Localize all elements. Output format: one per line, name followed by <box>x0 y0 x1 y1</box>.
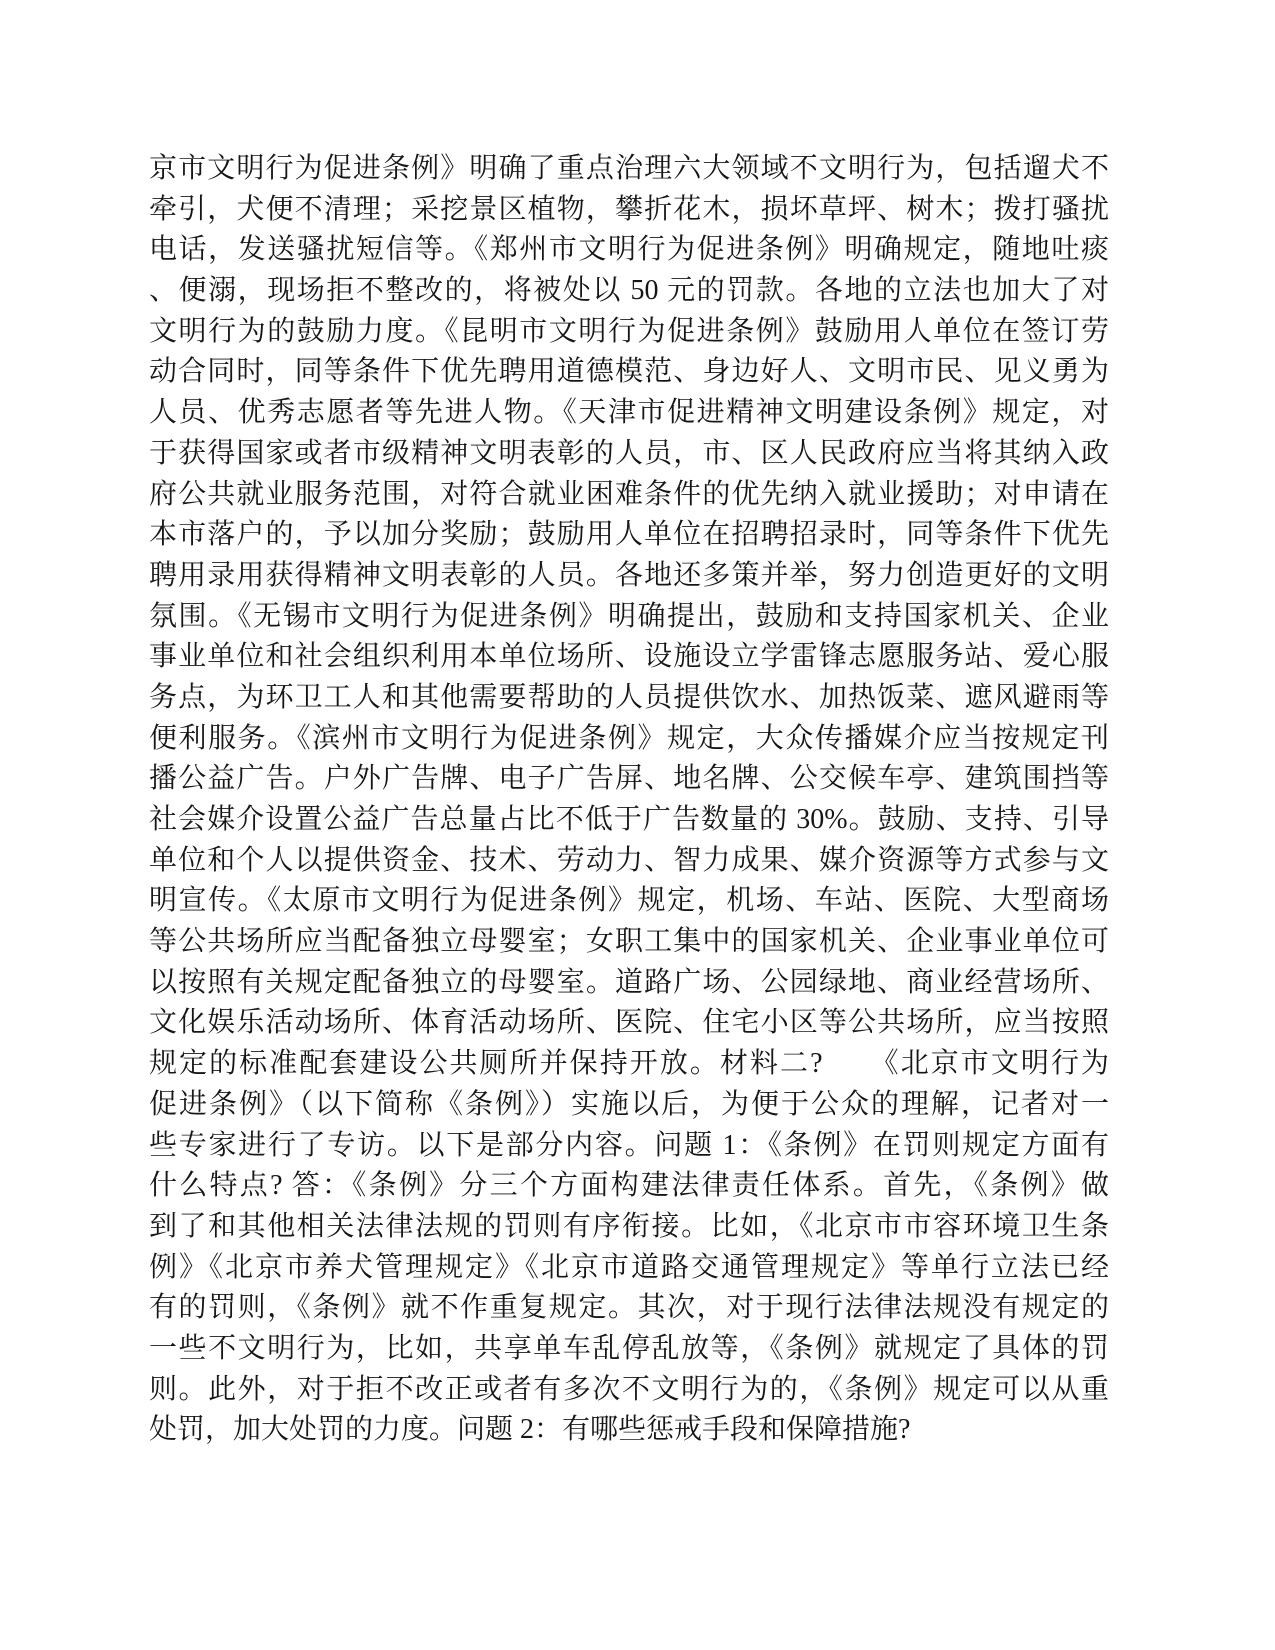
text-line: 牵引，犬便不清理；采挖景区植物，攀折花木，损坏草坪、树木；拨打骚扰 <box>149 190 1109 231</box>
text-line: 、便溺，现场拒不整改的，将被处以 50 元的罚款。各地的立法也加大了对 <box>149 271 1109 312</box>
text-line: 文化娱乐活动场所、体育活动场所、医院、住宅小区等公共场所，应当按照 <box>149 1003 1109 1044</box>
text-line: 等公共场所应当配备独立母婴室；女职工集中的国家机关、企业事业单位可 <box>149 922 1109 963</box>
text-line: 有的罚则，《条例》就不作重复规定。其次，对于现行法律法规没有规定的 <box>149 1288 1109 1329</box>
text-line: 明宣传。《太原市文明行为促进条例》规定，机场、车站、医院、大型商场 <box>149 881 1109 922</box>
text-line: 一些不文明行为，比如，共享单车乱停乱放等，《条例》就规定了具体的罚 <box>149 1329 1109 1370</box>
text-line: 些专家进行了专访。以下是部分内容。问题 1：《条例》在罚则规定方面有 <box>149 1126 1109 1167</box>
text-line: 什么特点? 答：《条例》分三个方面构建法律责任体系。首先，《条例》做 <box>149 1166 1109 1207</box>
text-line: 人员、优秀志愿者等先进人物。《天津市促进精神文明建设条例》规定，对 <box>149 393 1109 434</box>
text-line: 规定的标准配套建设公共厕所并保持开放。材料二? 《北京市文明行为 <box>149 1044 1109 1085</box>
text-line: 处罚，加大处罚的力度。问题 2：有哪些惩戒手段和保障措施? <box>149 1410 1109 1451</box>
text-line: 电话，发送骚扰短信等。《郑州市文明行为促进条例》明确规定，随地吐痰 <box>149 230 1109 271</box>
text-line: 则。此外，对于拒不改正或者有多次不文明行为的，《条例》规定可以从重 <box>149 1370 1109 1411</box>
text-line: 于获得国家或者市级精神文明表彰的人员，市、区人民政府应当将其纳入政 <box>149 434 1109 475</box>
text-line: 文明行为的鼓励力度。《昆明市文明行为促进条例》鼓励用人单位在签订劳 <box>149 312 1109 353</box>
text-line: 播公益广告。户外广告牌、电子广告屏、地名牌、公交候车亭、建筑围挡等 <box>149 759 1109 800</box>
text-line: 促进条例》（以下简称《条例》）实施以后，为便于公众的理解，记者对一 <box>149 1085 1109 1126</box>
text-line: 聘用录用获得精神文明表彰的人员。各地还多策并举，努力创造更好的文明 <box>149 556 1109 597</box>
text-line: 到了和其他相关法律法规的罚则有序衔接。比如，《北京市市容环境卫生条 <box>149 1207 1109 1248</box>
text-line: 单位和个人以提供资金、技术、劳动力、智力成果、媒介资源等方式参与文 <box>149 841 1109 882</box>
text-line: 京市文明行为促进条例》明确了重点治理六大领域不文明行为，包括遛犬不 <box>149 149 1109 190</box>
text-line: 事业单位和社会组织利用本单位场所、设施设立学雷锋志愿服务站、爱心服 <box>149 637 1109 678</box>
text-line: 务点，为环卫工人和其他需要帮助的人员提供饮水、加热饭菜、遮风避雨等 <box>149 678 1109 719</box>
text-line: 便利服务。《滨州市文明行为促进条例》规定，大众传播媒介应当按规定刊 <box>149 719 1109 760</box>
text-line: 本市落户的，予以加分奖励；鼓励用人单位在招聘招录时，同等条件下优先 <box>149 515 1109 556</box>
text-line: 例》《北京市养犬管理规定》《北京市道路交通管理规定》等单行立法已经 <box>149 1248 1109 1289</box>
document-page: 京市文明行为促进条例》明确了重点治理六大领域不文明行为，包括遛犬不牵引，犬便不清… <box>0 0 1275 1650</box>
paragraph-block: 京市文明行为促进条例》明确了重点治理六大领域不文明行为，包括遛犬不牵引，犬便不清… <box>149 149 1109 1451</box>
text-line: 社会媒介设置公益广告总量占比不低于广告数量的 30%。鼓励、支持、引导 <box>149 800 1109 841</box>
text-line: 府公共就业服务范围，对符合就业困难条件的优先纳入就业援助；对申请在 <box>149 475 1109 516</box>
text-line: 氛围。《无锡市文明行为促进条例》明确提出，鼓励和支持国家机关、企业 <box>149 597 1109 638</box>
text-line: 动合同时，同等条件下优先聘用道德模范、身边好人、文明市民、见义勇为 <box>149 352 1109 393</box>
text-line: 以按照有关规定配备独立的母婴室。道路广场、公园绿地、商业经营场所、 <box>149 963 1109 1004</box>
